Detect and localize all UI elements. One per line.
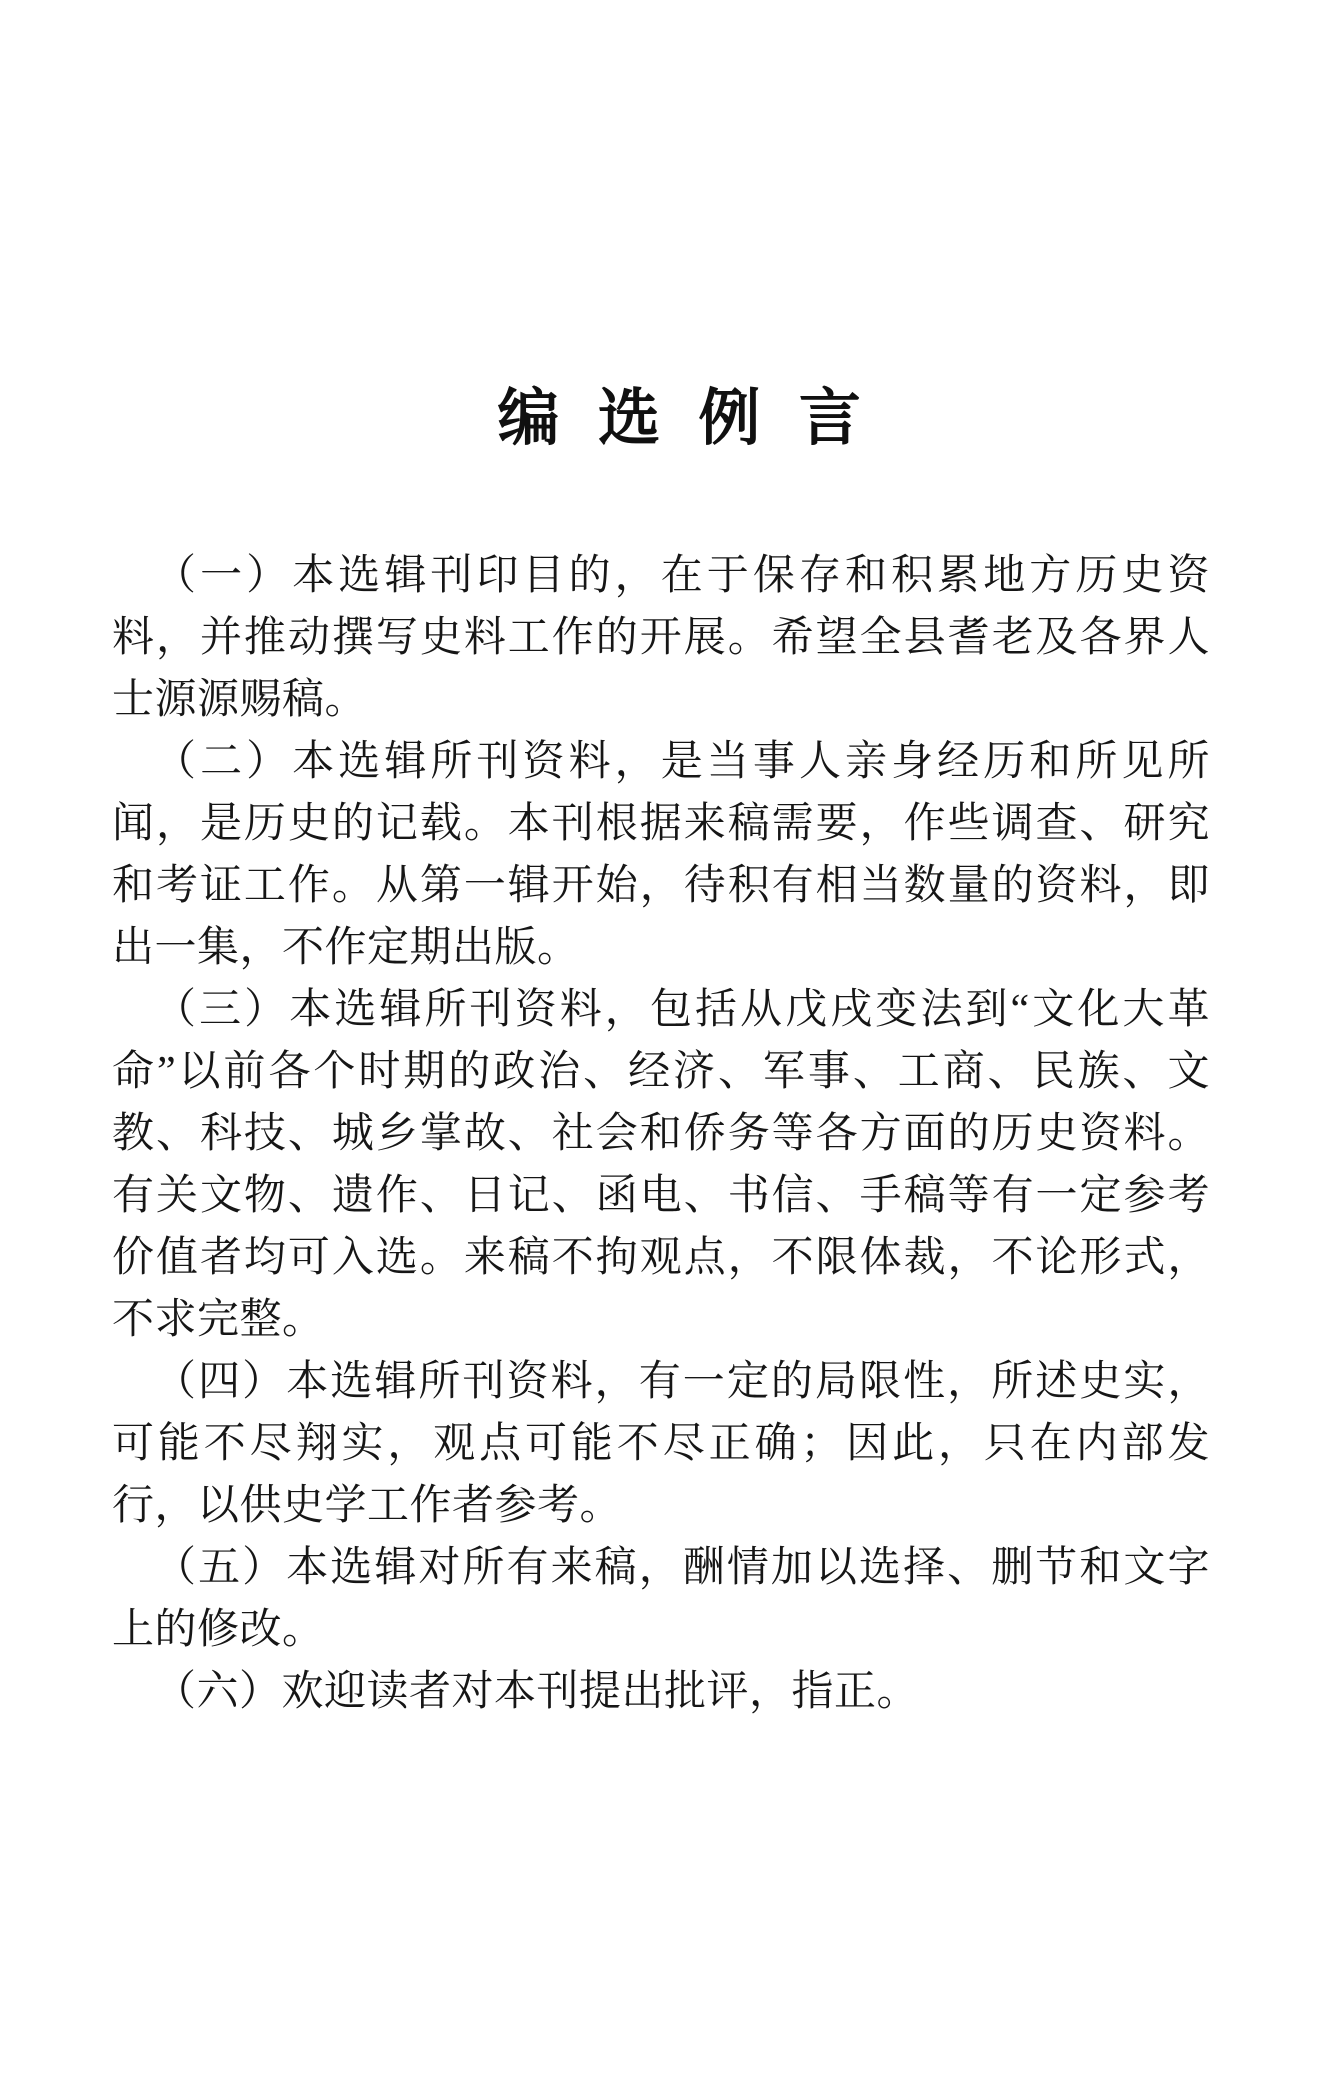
scanned-document-page: 编选例言 （一）本选辑刊印目的，在于保存和积累地方历史资料，并推动撰写史料工作的… — [0, 0, 1320, 2092]
paragraph-5: （五）本选辑对所有来稿，酬情加以选择、删节和文字上的修改。 — [112, 1537, 1210, 1661]
paragraph-6: （六）欢迎读者对本刊提出批评，指正。 — [112, 1661, 1210, 1723]
paragraph-2: （二）本选辑所刊资料，是当事人亲身经历和所见所闻，是历史的记载。本刊根据来稿需要… — [112, 731, 1210, 979]
paragraph-1: （一）本选辑刊印目的，在于保存和积累地方历史资料，并推动撰写史料工作的开展。希望… — [112, 545, 1210, 731]
document-body: （一）本选辑刊印目的，在于保存和积累地方历史资料，并推动撰写史料工作的开展。希望… — [112, 545, 1210, 1723]
paragraph-4: （四）本选辑所刊资料，有一定的局限性，所述史实，可能不尽翔实，观点可能不尽正确；… — [112, 1351, 1210, 1537]
paragraph-3: （三）本选辑所刊资料，包括从戊戌变法到“文化大革命”以前各个时期的政治、经济、军… — [112, 979, 1210, 1351]
page-title: 编选例言 — [110, 368, 1248, 457]
